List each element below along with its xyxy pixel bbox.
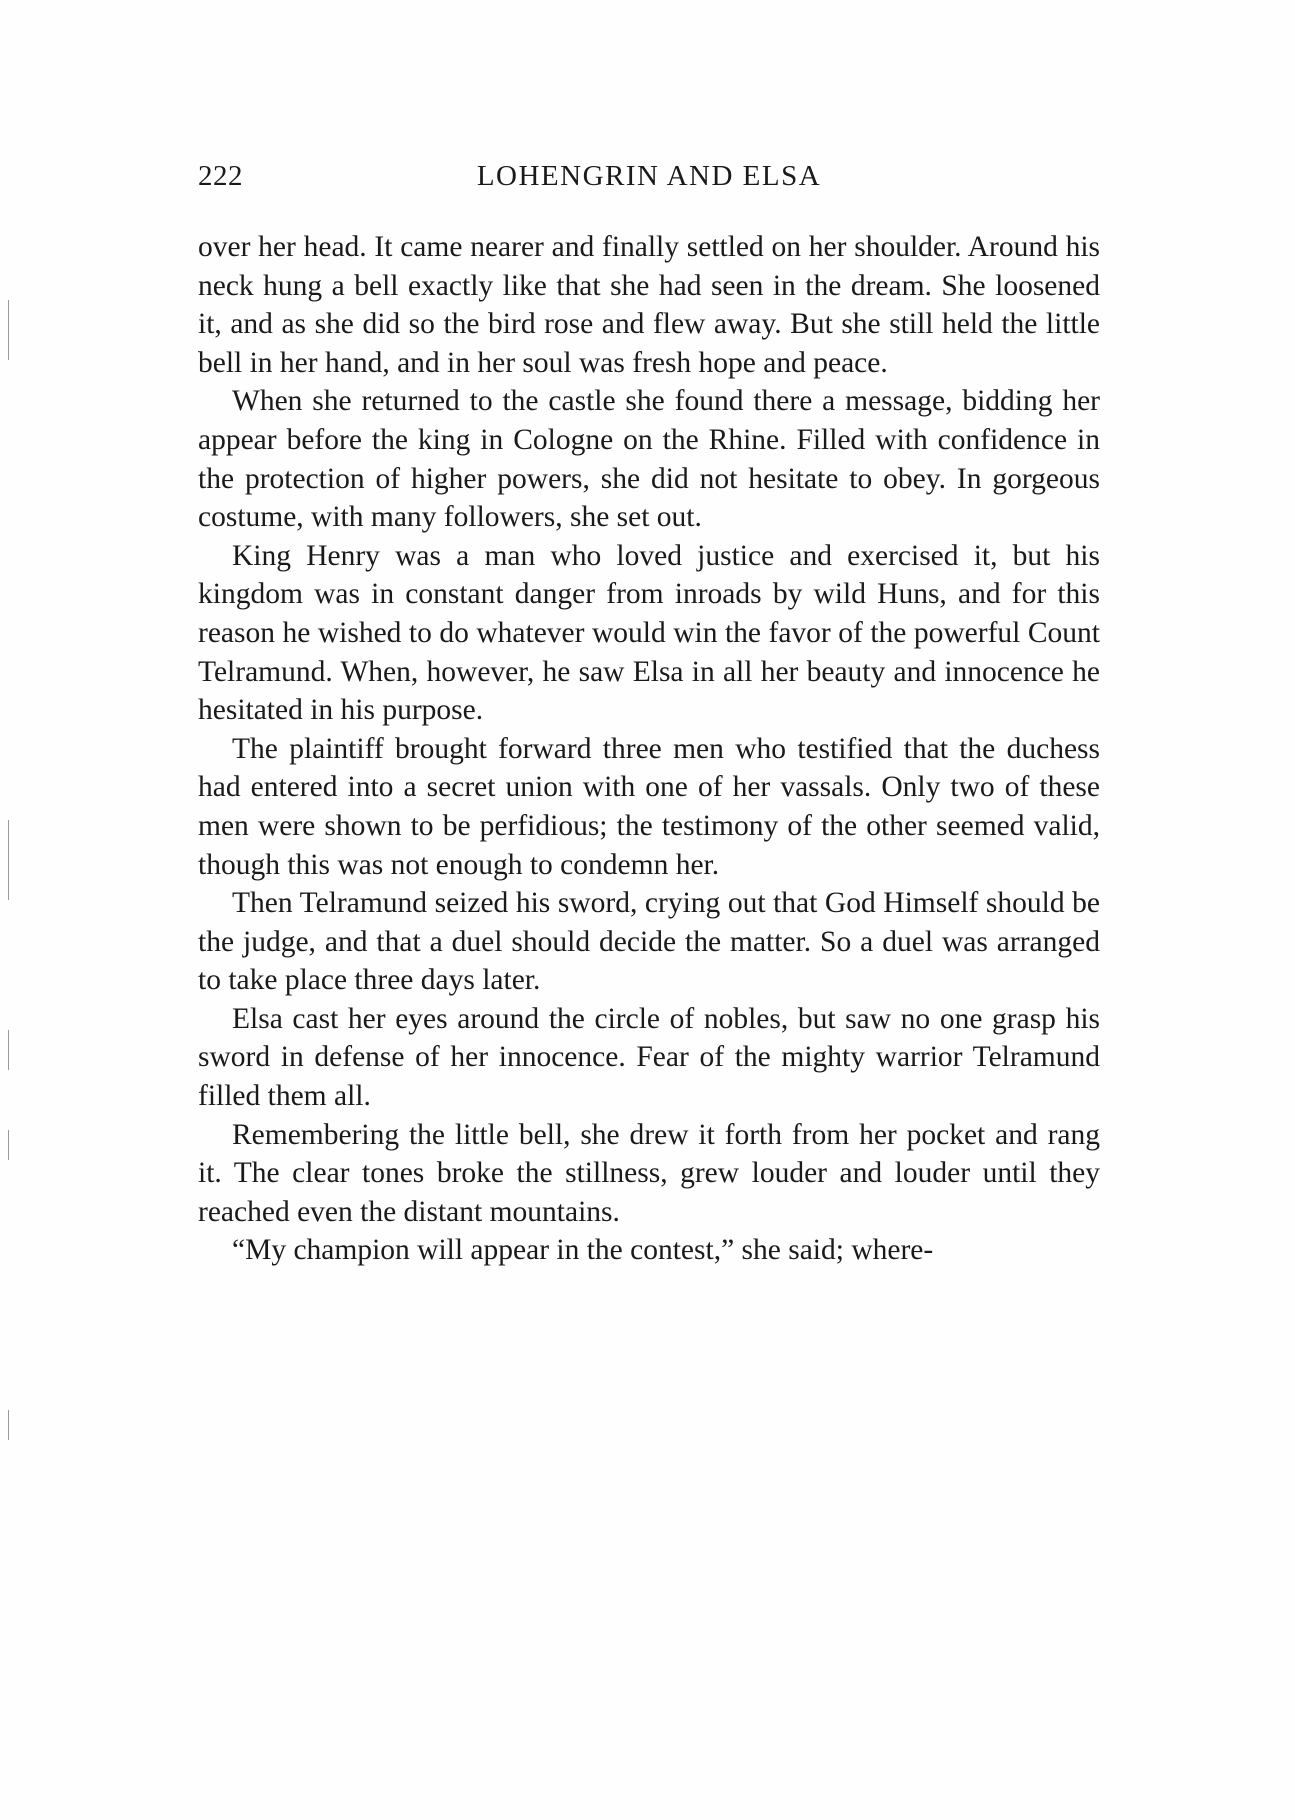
paragraph: Then Telramund seized his sword, crying …: [198, 884, 1100, 1000]
paragraph: over her head. It came nearer and finall…: [198, 228, 1100, 382]
paragraph: Remembering the little bell, she drew it…: [198, 1116, 1100, 1232]
scan-artifact-line: [8, 300, 9, 360]
paragraph: Elsa cast her eyes around the circle of …: [198, 1000, 1100, 1116]
paragraph: King Henry was a man who loved justice a…: [198, 537, 1100, 730]
paragraph: “My champion will appear in the contest,…: [198, 1231, 1100, 1270]
paragraph: When she returned to the castle she foun…: [198, 382, 1100, 536]
scan-artifact-line: [8, 820, 9, 900]
scan-artifact-line: [8, 1030, 9, 1070]
book-page: 222 LOHENGRIN AND ELSA over her head. It…: [0, 0, 1295, 1820]
body-text: over her head. It came nearer and finall…: [198, 228, 1100, 1270]
paragraph: The plaintiff brought forward three men …: [198, 730, 1100, 884]
running-title: LOHENGRIN AND ELSA: [198, 160, 1100, 193]
scan-artifact-line: [8, 1130, 9, 1160]
scan-artifact-line: [8, 1410, 9, 1440]
page-header: 222 LOHENGRIN AND ELSA: [198, 160, 1100, 200]
